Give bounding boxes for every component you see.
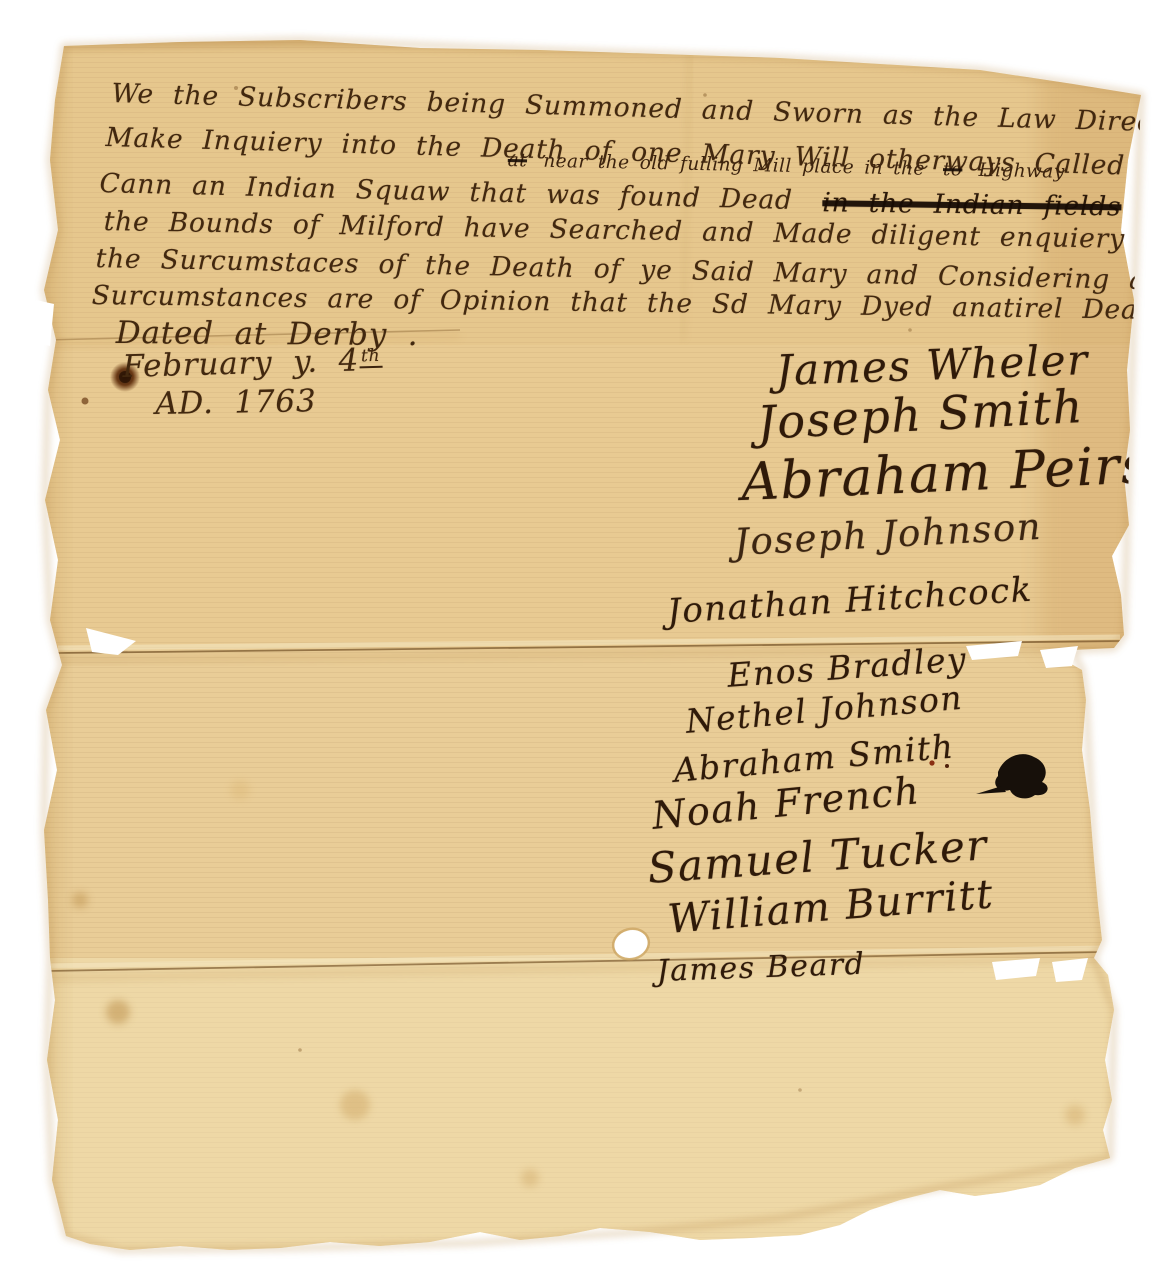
- insertion-struck-word-1: at: [508, 150, 528, 171]
- date-month-day: February y. 4: [122, 342, 360, 385]
- insertion-end-text: Highway: [978, 160, 1064, 183]
- date-line: February y. 4th: [122, 342, 383, 385]
- insertion-struck-word-2: to: [943, 159, 963, 180]
- scanned-manuscript: We the Subscribers being Summoned and Sw…: [0, 0, 1175, 1288]
- signature-joseph-johnson: Joseph Johnson: [733, 505, 1043, 564]
- signature-james-beard: James Beard: [656, 947, 866, 989]
- document-content: We the Subscribers being Summoned and Sw…: [0, 0, 1175, 1288]
- year-line: AD. 1763: [155, 383, 317, 422]
- line3-struck-text: in the Indian fields: [822, 187, 1121, 222]
- date-ordinal-superscript: th: [359, 345, 383, 368]
- signature-jonathan-hitchcock: Jonathan Hitchcock: [666, 570, 1034, 632]
